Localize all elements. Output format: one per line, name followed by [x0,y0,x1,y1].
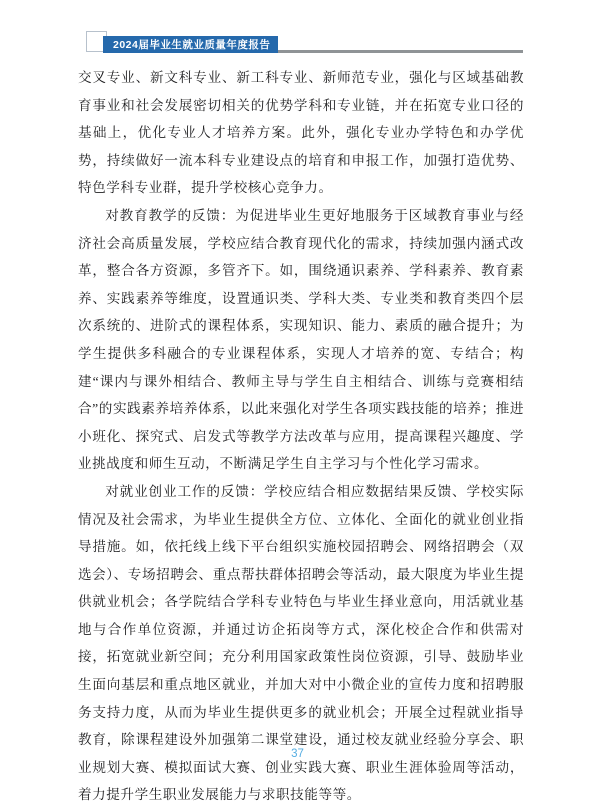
report-title: 2024届毕业生就业质量年度报告 [113,37,270,52]
paragraph: 对教育教学的反馈：为促进毕业生更好地服务于区域教育事业与经济社会高质量发展，学校… [78,202,524,478]
body-text: 交叉专业、新文科专业、新工科专业、新师范专业，强化与区域基础教育事业和社会发展密… [78,64,524,808]
report-page: 2024届毕业生就业质量年度报告 交叉专业、新文科专业、新工科专业、新师范专业，… [0,0,595,808]
page-number: 37 [291,748,304,760]
paragraph: 交叉专业、新文科专业、新工科专业、新师范专业，强化与区域基础教育事业和社会发展密… [78,64,524,202]
page-header: 2024届毕业生就业质量年度报告 [0,0,595,60]
header-banner: 2024届毕业生就业质量年度报告 [103,36,278,53]
page-footer: 37 [0,744,595,762]
